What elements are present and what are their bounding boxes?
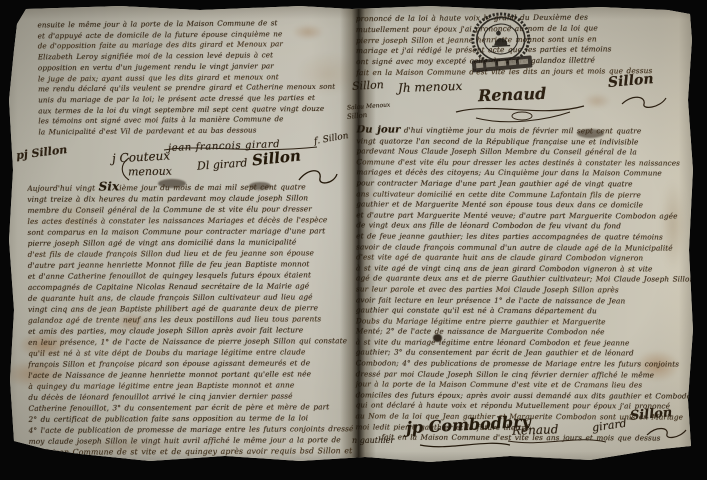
scanned-register-spread: ensuite le même jour à la porte de la Ma…: [0, 0, 707, 480]
scan-vignette: [0, 0, 707, 480]
register-double-page: ensuite le même jour à la porte de la Ma…: [0, 0, 707, 480]
